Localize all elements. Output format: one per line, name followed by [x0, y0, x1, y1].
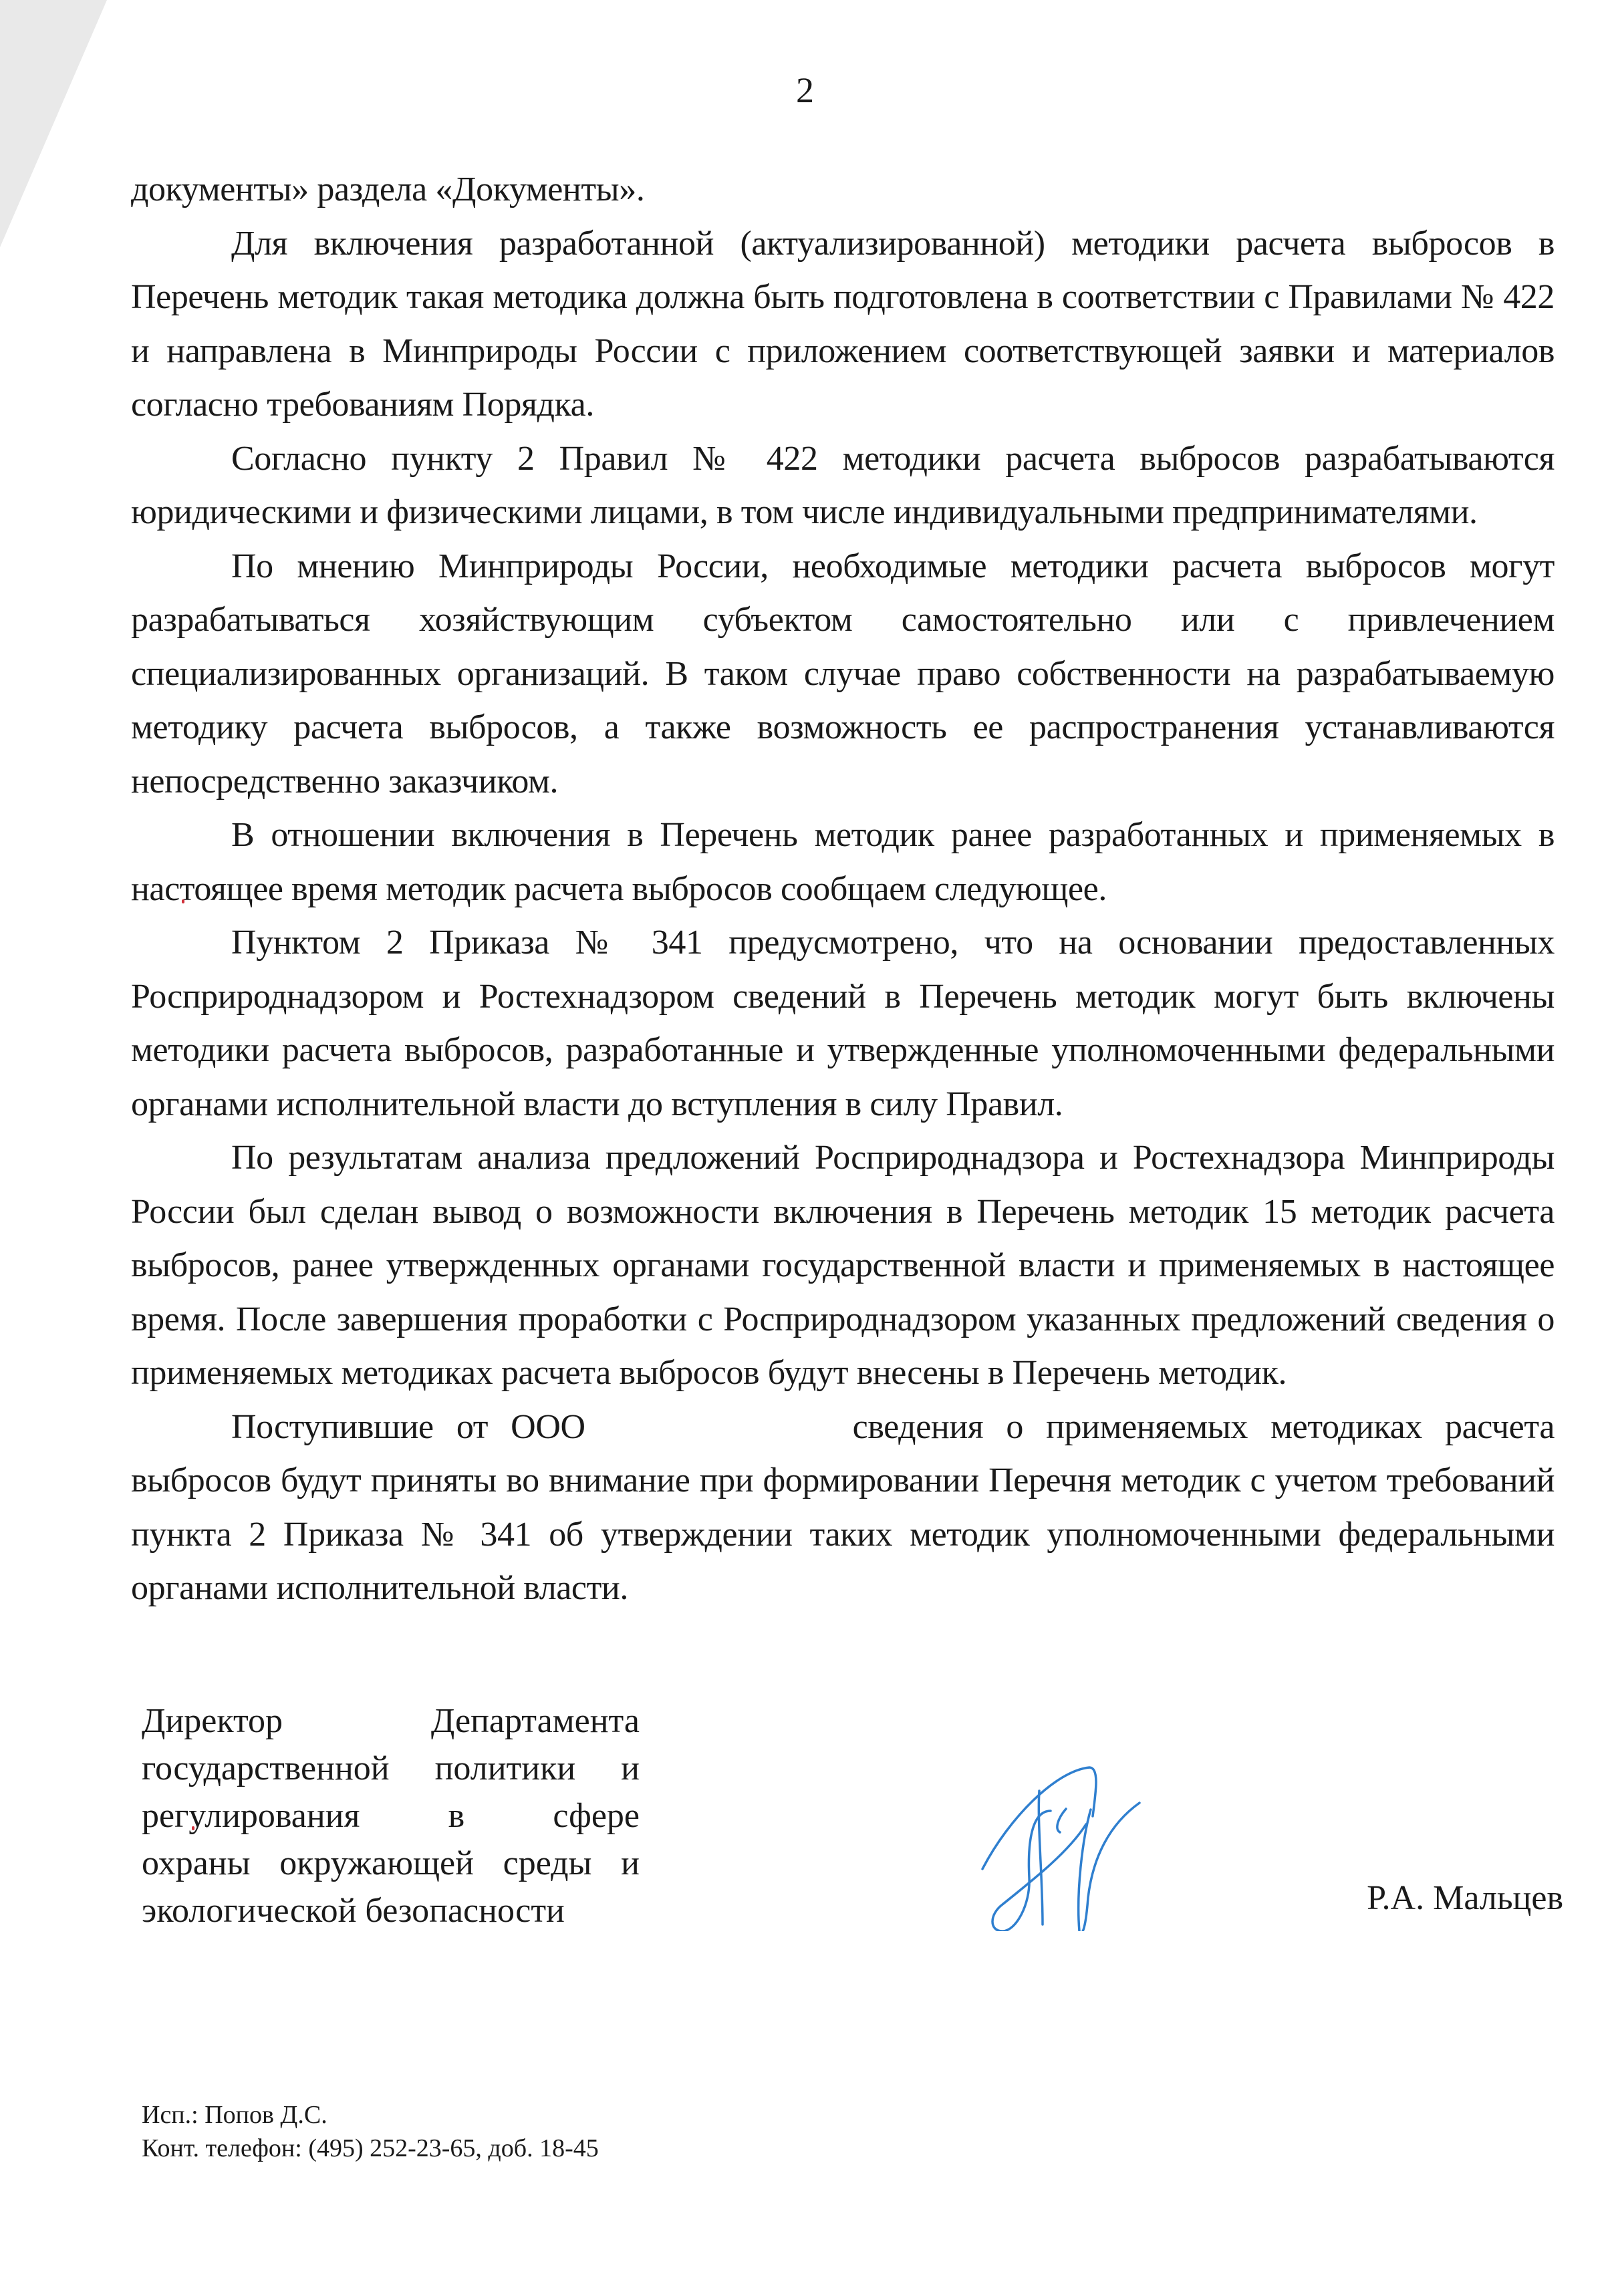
paragraph-order-341: Пунктом 2 Приказа № 341 предусмотрено, ч… [131, 916, 1555, 1131]
received-from-text: Поступившие от ООО [231, 1408, 585, 1446]
letter-body: документы» раздела «Документы». Для вклю… [131, 163, 1555, 1616]
paragraph-continuation: документы» раздела «Документы». [131, 163, 1555, 217]
paragraph-ministry-opinion: По мнению Минприроды России, необходимые… [131, 540, 1555, 809]
paragraph-analysis-results: По результатам анализа предложений Роспр… [131, 1131, 1555, 1401]
paragraph-inclusion-requirements: Для включения разработанной (актуализиро… [131, 217, 1555, 432]
folded-page-corner [0, 0, 107, 247]
paragraph-existing-methods: В отношении включения в Перечень методик… [131, 809, 1555, 916]
paragraph-developers: Согласно пункту 2 Правил № 422 методики … [131, 432, 1555, 540]
ink-speck [192, 1826, 194, 1830]
signer-position: Директор Департамента государственной по… [142, 1697, 640, 1934]
ink-speck [182, 899, 184, 903]
signer-name: Р.А. Мальцев [1367, 1875, 1563, 1922]
contact-info: Исп.: Попов Д.С. Конт. телефон: (495) 25… [142, 2098, 599, 2165]
paragraph-received-info: Поступившие от ОООсведения о применяемых… [131, 1401, 1555, 1616]
executor-name: Исп.: Попов Д.С. [142, 2098, 599, 2132]
position-line: экологической безопасности [142, 1887, 640, 1934]
position-line: государственной политики и [142, 1745, 640, 1792]
page-number: 2 [0, 67, 1610, 114]
handwritten-signature [976, 1744, 1143, 1931]
contact-phone: Конт. телефон: (495) 252-23-65, доб. 18-… [142, 2132, 599, 2165]
position-line: охраны окружающей среды и [142, 1840, 640, 1887]
position-line: Директор Департамента [142, 1697, 640, 1745]
position-line: регулирования в сфере [142, 1792, 640, 1840]
